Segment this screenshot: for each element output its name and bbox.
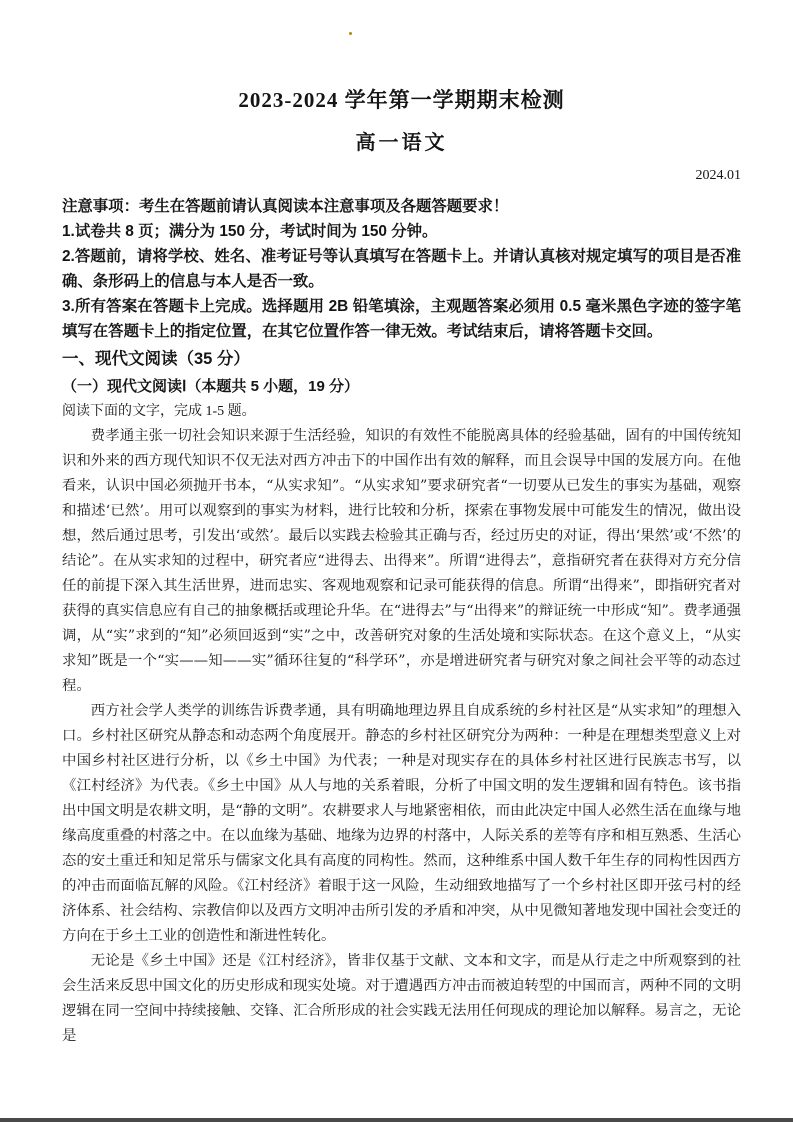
subsection-heading: （一）现代文阅读Ⅰ（本题共 5 小题，19 分） xyxy=(62,373,741,400)
exam-date: 2024.01 xyxy=(62,166,741,186)
exam-subject-title: 高一语文 xyxy=(62,128,741,158)
notice-item-3: 3.所有答案在答题卡上完成。选择题用 2B 铅笔填涂，主观题答案必须用 0.5 … xyxy=(62,294,741,344)
page-bottom-scan-edge xyxy=(0,1118,793,1122)
notice-item-2: 2.答题前，请将学校、姓名、准考证号等认真填写在答题卡上。并请认真核对规定填写的… xyxy=(62,244,741,294)
scan-artifact-dot xyxy=(349,32,352,35)
notice-heading: 注意事项：考生在答题前请认真阅读本注意事项及各题答题要求！ xyxy=(62,194,741,219)
reading-instruction: 阅读下面的文字，完成 1-5 题。 xyxy=(62,400,741,424)
page-content: 2023-2024 学年第一学期期末检测 高一语文 2024.01 注意事项：考… xyxy=(0,0,793,1049)
reading-passage: 费孝通主张一切社会知识来源于生活经验，知识的有效性不能脱离具体的经验基础，固有的… xyxy=(62,424,741,1049)
section-one-heading: 一、现代文阅读（35 分） xyxy=(62,346,741,373)
passage-paragraph-2: 西方社会学人类学的训练告诉费孝通，具有明确地理边界且自成系统的乡村社区是“从实求… xyxy=(62,699,741,949)
exam-paper-page: 2023-2024 学年第一学期期末检测 高一语文 2024.01 注意事项：考… xyxy=(0,0,793,1122)
exam-title: 2023-2024 学年第一学期期末检测 xyxy=(62,84,741,116)
passage-paragraph-1: 费孝通主张一切社会知识来源于生活经验，知识的有效性不能脱离具体的经验基础，固有的… xyxy=(62,424,741,699)
notice-section: 注意事项：考生在答题前请认真阅读本注意事项及各题答题要求！ 1.试卷共 8 页；… xyxy=(62,194,741,344)
passage-paragraph-3: 无论是《乡土中国》还是《江村经济》，皆非仅基于文献、文本和文字，而是从行走之中所… xyxy=(62,949,741,1049)
notice-item-1: 1.试卷共 8 页；满分为 150 分，考试时间为 150 分钟。 xyxy=(62,219,741,244)
